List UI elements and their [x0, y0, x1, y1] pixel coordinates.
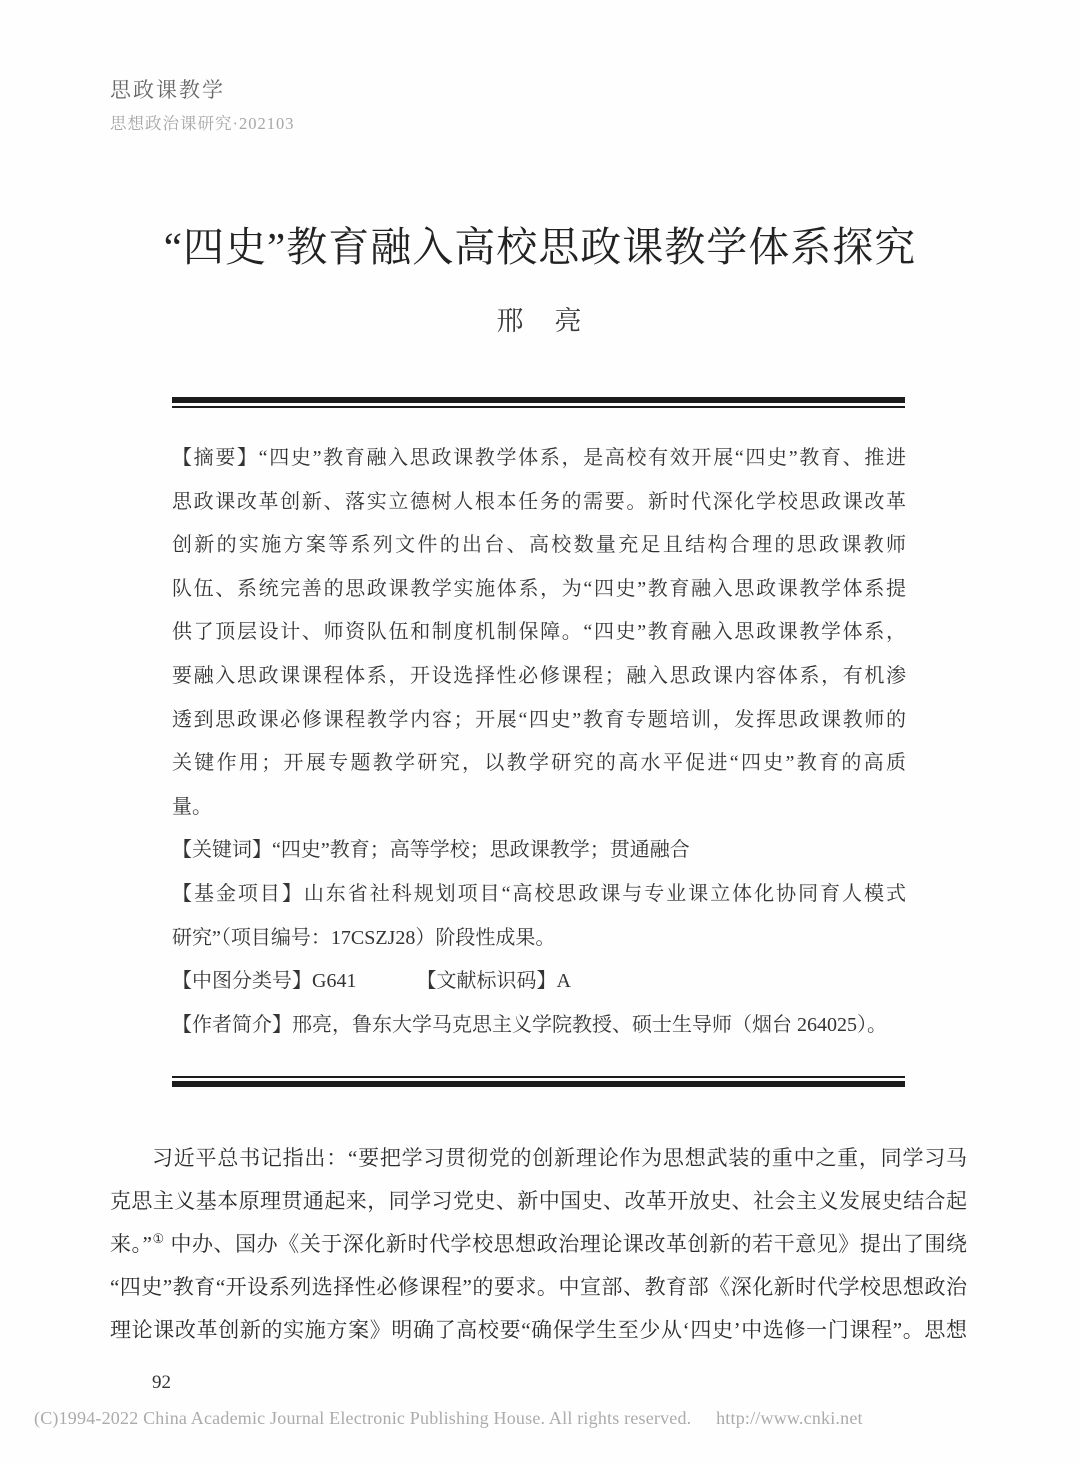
body-line: 来。”① 中办、国办《关于深化新时代学校思想政治理论课改革创新的若干意见》提出了…	[110, 1223, 967, 1266]
page-footer: (C)1994-2022 China Academic Journal Elec…	[34, 1408, 863, 1429]
abstract-line: 关键作用；开展专题教学研究，以教学研究的高水平促进“四史”教育的高质	[172, 742, 906, 786]
body-text: 中办、国办《关于深化新时代学校思想政治理论课改革创新的若干意见》提出了围绕	[165, 1232, 967, 1256]
abstract-line: 透到思政课必修课程教学内容；开展“四史”教育专题培训，发挥思政课教师的	[172, 699, 906, 743]
classification-line: 【中图分类号】G641 【文献标识码】A	[172, 960, 906, 1004]
fund-line: 研究”（项目编号：17CSZJ28）阶段性成果。	[172, 917, 906, 961]
bottom-double-rule	[172, 1076, 905, 1087]
paper-page: 思政课教学 思想政治课研究·202103 “四史”教育融入高校思政课教学体系探究…	[0, 0, 1080, 1465]
journal-issue: 思想政治课研究·202103	[110, 110, 295, 134]
keywords-line: 【关键词】“四史”教育；高等学校；思政课教学；贯通融合	[172, 829, 906, 873]
copyright-text: (C)1994-2022 China Academic Journal Elec…	[34, 1408, 691, 1428]
cnki-url: http://www.cnki.net	[716, 1408, 863, 1428]
top-double-rule	[172, 397, 905, 408]
body-line: 理论课改革创新的实施方案》明确了高校要“确保学生至少从‘四史’中选修一门课程”。…	[110, 1309, 967, 1352]
body-line: “四史”教育“开设系列选择性必修课程”的要求。中宣部、教育部《深化新时代学校思想…	[110, 1266, 967, 1309]
journal-name: 思政课教学	[110, 74, 295, 104]
journal-header: 思政课教学 思想政治课研究·202103	[110, 74, 295, 134]
body-paragraph: 习近平总书记指出：“要把学习贯彻党的创新理论作为思想武装的重中之重，同学习马 克…	[110, 1137, 967, 1352]
fund-line: 【基金项目】山东省社科规划项目“高校思政课与专业课立体化协同育人模式	[172, 873, 906, 917]
clc-number: 【中图分类号】G641	[172, 970, 356, 992]
abstract-line: 思政课改革创新、落实立德树人根本任务的需要。新时代深化学校思政课改革	[172, 481, 906, 525]
abstract-line: 队伍、系统完善的思政课教学实施体系，为“四史”教育融入思政课教学体系提	[172, 568, 906, 612]
body-line: 克思主义基本原理贯通起来，同学习党史、新中国史、改革开放史、社会主义发展史结合起	[110, 1180, 967, 1223]
page-number: 92	[152, 1372, 171, 1394]
article-title: “四史”教育融入高校思政课教学体系探究	[0, 214, 1080, 273]
abstract-block: 【摘要】“四史”教育融入思政课教学体系，是高校有效开展“四史”教育、推进 思政课…	[172, 437, 906, 1047]
author-bio-line: 【作者简介】邢亮，鲁东大学马克思主义学院教授、硕士生导师（烟台 264025）。	[172, 1004, 906, 1048]
rule-thick-bar	[172, 1081, 905, 1087]
abstract-line: 量。	[172, 786, 906, 830]
abstract-line: 供了顶层设计、师资队伍和制度机制保障。“四史”教育融入思政课教学体系，	[172, 611, 906, 655]
document-code: 【文献标识码】A	[416, 970, 570, 992]
body-line: 习近平总书记指出：“要把学习贯彻党的创新理论作为思想武装的重中之重，同学习马	[110, 1137, 967, 1180]
abstract-line: 要融入思政课课程体系，开设选择性必修课程；融入思政课内容体系，有机渗	[172, 655, 906, 699]
article-author: 邢 亮	[0, 299, 1080, 338]
body-text: 来。”	[110, 1232, 152, 1256]
abstract-line: 创新的实施方案等系列文件的出台、高校数量充足且结构合理的思政课教师	[172, 524, 906, 568]
abstract-line: 【摘要】“四史”教育融入思政课教学体系，是高校有效开展“四史”教育、推进	[172, 437, 906, 481]
footnote-marker: ①	[152, 1231, 165, 1246]
rule-thin-bar	[172, 406, 905, 408]
